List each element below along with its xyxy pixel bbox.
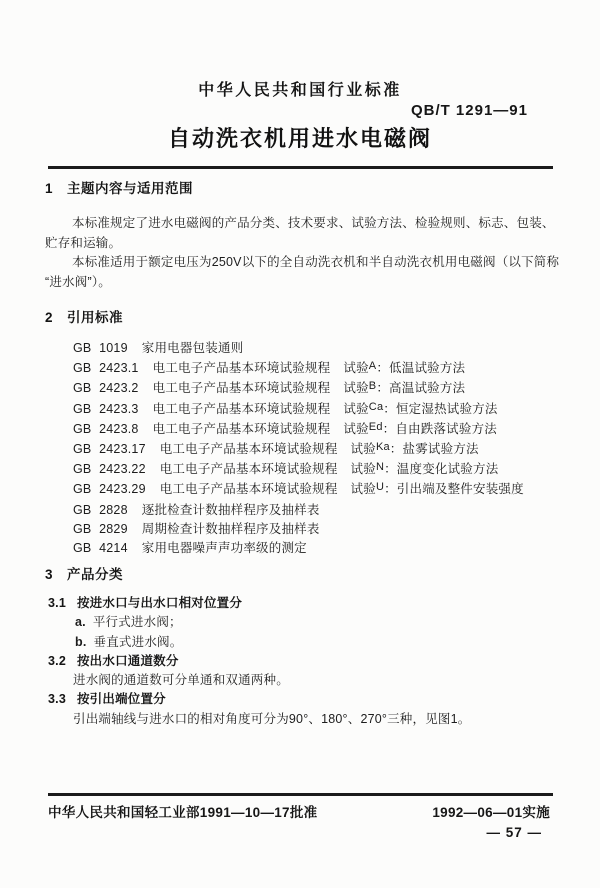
reference-title: 周期检查计数抽样程序及抽样表 xyxy=(142,522,320,536)
section-title: 引用标准 xyxy=(67,310,123,325)
reference-list: GB 1019家用电器包装通则 GB 2423.1电工电子产品基本环境试验规程试… xyxy=(45,339,583,558)
reference-code: GB 2423.22 xyxy=(73,462,146,476)
paragraph-line: 本标准规定了进水电磁阀的产品分类、技术要求、试验方法、检验规则、标志、包装、 xyxy=(45,213,555,233)
section-2-heading: 2引用标准 xyxy=(45,310,555,326)
reference-item: GB 2423.8电工电子产品基本环境试验规程试验Ed：自由跌落试验方法 xyxy=(73,420,583,440)
reference-code: GB 1019 xyxy=(73,341,128,355)
reference-title: 电工电子产品基本环境试验规程 xyxy=(153,422,331,436)
test-method: 试验U：引出端及整件安装强度 xyxy=(351,482,524,496)
reference-code: GB 4214 xyxy=(73,541,128,555)
subsection-3-1-heading: 3.1按进水口与出水口相对位置分 xyxy=(45,594,555,613)
reference-title: 电工电子产品基本环境试验规程 xyxy=(153,381,331,395)
subsection-3-3-body: 引出端轴线与进水口的相对角度可分为90°、180°、270°三种，见图1。 xyxy=(45,710,555,729)
paragraph-line: 本标准适用于额定电压为250V以下的全自动洗衣机和半自动洗衣机用电磁阀（以下简称 xyxy=(45,252,555,272)
document-title: 自动洗衣机用进水电磁阀 xyxy=(45,122,555,153)
reference-item: GB 2423.22电工电子产品基本环境试验规程试验N：温度变化试验方法 xyxy=(73,460,583,480)
header-rule xyxy=(48,166,553,169)
reference-title: 逐批检查计数抽样程序及抽样表 xyxy=(142,503,320,517)
footer-rule xyxy=(48,793,553,796)
reference-title: 家用电器噪声声功率级的测定 xyxy=(142,541,307,555)
section-3-body: 3.1按进水口与出水口相对位置分 a.平行式进水阀； b.垂直式进水阀。 3.2… xyxy=(45,594,555,729)
reference-title: 电工电子产品基本环境试验规程 xyxy=(153,361,331,375)
reference-item: GB 2828逐批检查计数抽样程序及抽样表 xyxy=(73,501,583,520)
reference-code: GB 2423.1 xyxy=(73,361,139,375)
test-method: 试验B：高温试验方法 xyxy=(343,381,465,395)
reference-code: GB 2423.2 xyxy=(73,381,139,395)
reference-code: GB 2829 xyxy=(73,522,128,536)
reference-item: GB 2829周期检查计数抽样程序及抽样表 xyxy=(73,520,583,539)
test-method: 试验A：低温试验方法 xyxy=(343,361,465,375)
test-method: 试验Ka：盐雾试验方法 xyxy=(351,442,479,456)
section-number: 1 xyxy=(45,181,53,196)
reference-title: 家用电器包装通则 xyxy=(142,341,244,355)
section-3-heading: 3产品分类 xyxy=(45,567,555,583)
subsection-3-2-body: 进水阀的通道数可分单通和双通两种。 xyxy=(45,671,555,690)
standard-type-heading: 中华人民共和国行业标准 xyxy=(45,77,555,100)
reference-title: 电工电子产品基本环境试验规程 xyxy=(160,482,338,496)
implementation-note: 1992—06—01实施 xyxy=(432,801,550,821)
test-method: 试验N：温度变化试验方法 xyxy=(351,462,499,476)
reference-code: GB 2423.29 xyxy=(73,482,146,496)
reference-code: GB 2828 xyxy=(73,503,128,517)
reference-code: GB 2423.8 xyxy=(73,422,139,436)
reference-item: GB 4214家用电器噪声声功率级的测定 xyxy=(73,539,583,558)
section-title: 产品分类 xyxy=(67,567,123,582)
reference-item: GB 2423.29电工电子产品基本环境试验规程试验U：引出端及整件安装强度 xyxy=(73,480,583,500)
section-title: 主题内容与适用范围 xyxy=(67,181,193,196)
list-item: b.垂直式进水阀。 xyxy=(45,633,555,652)
reference-item: GB 2423.3电工电子产品基本环境试验规程试验Ca：恒定湿热试验方法 xyxy=(73,400,583,420)
approval-note: 中华人民共和国轻工业部1991—10—17批准 xyxy=(48,801,317,821)
section-number: 2 xyxy=(45,310,53,325)
test-method: 试验Ed：自由跌落试验方法 xyxy=(343,422,497,436)
test-method: 试验Ca：恒定湿热试验方法 xyxy=(343,402,497,416)
list-item: a.平行式进水阀； xyxy=(45,613,555,632)
subsection-3-2-heading: 3.2按出水口通道数分 xyxy=(45,652,555,671)
subsection-3-3-heading: 3.3按引出端位置分 xyxy=(45,690,555,709)
reference-item: GB 1019家用电器包装通则 xyxy=(73,339,583,359)
page-number: — 57 — xyxy=(486,825,542,840)
section-1-paragraph-2: 本标准适用于额定电压为250V以下的全自动洗衣机和半自动洗衣机用电磁阀（以下简称… xyxy=(45,252,555,292)
reference-title: 电工电子产品基本环境试验规程 xyxy=(153,402,331,416)
section-1-heading: 1主题内容与适用范围 xyxy=(45,181,555,197)
reference-title: 电工电子产品基本环境试验规程 xyxy=(160,462,338,476)
document-page: 中华人民共和国行业标准 QB/T 1291—91 自动洗衣机用进水电磁阀 1主题… xyxy=(0,0,600,888)
reference-item: GB 2423.17电工电子产品基本环境试验规程试验Ka：盐雾试验方法 xyxy=(73,440,583,460)
paragraph-line: 贮存和运输。 xyxy=(45,233,555,253)
section-1-paragraph-1: 本标准规定了进水电磁阀的产品分类、技术要求、试验方法、检验规则、标志、包装、 贮… xyxy=(45,213,555,253)
reference-item: GB 2423.2电工电子产品基本环境试验规程试验B：高温试验方法 xyxy=(73,379,583,399)
reference-code: GB 2423.17 xyxy=(73,442,146,456)
paragraph-line: “进水阀”）。 xyxy=(45,272,555,292)
standard-code: QB/T 1291—91 xyxy=(411,102,528,119)
reference-title: 电工电子产品基本环境试验规程 xyxy=(160,442,338,456)
reference-item: GB 2423.1电工电子产品基本环境试验规程试验A：低温试验方法 xyxy=(73,359,583,379)
section-number: 3 xyxy=(45,567,53,582)
reference-code: GB 2423.3 xyxy=(73,402,139,416)
